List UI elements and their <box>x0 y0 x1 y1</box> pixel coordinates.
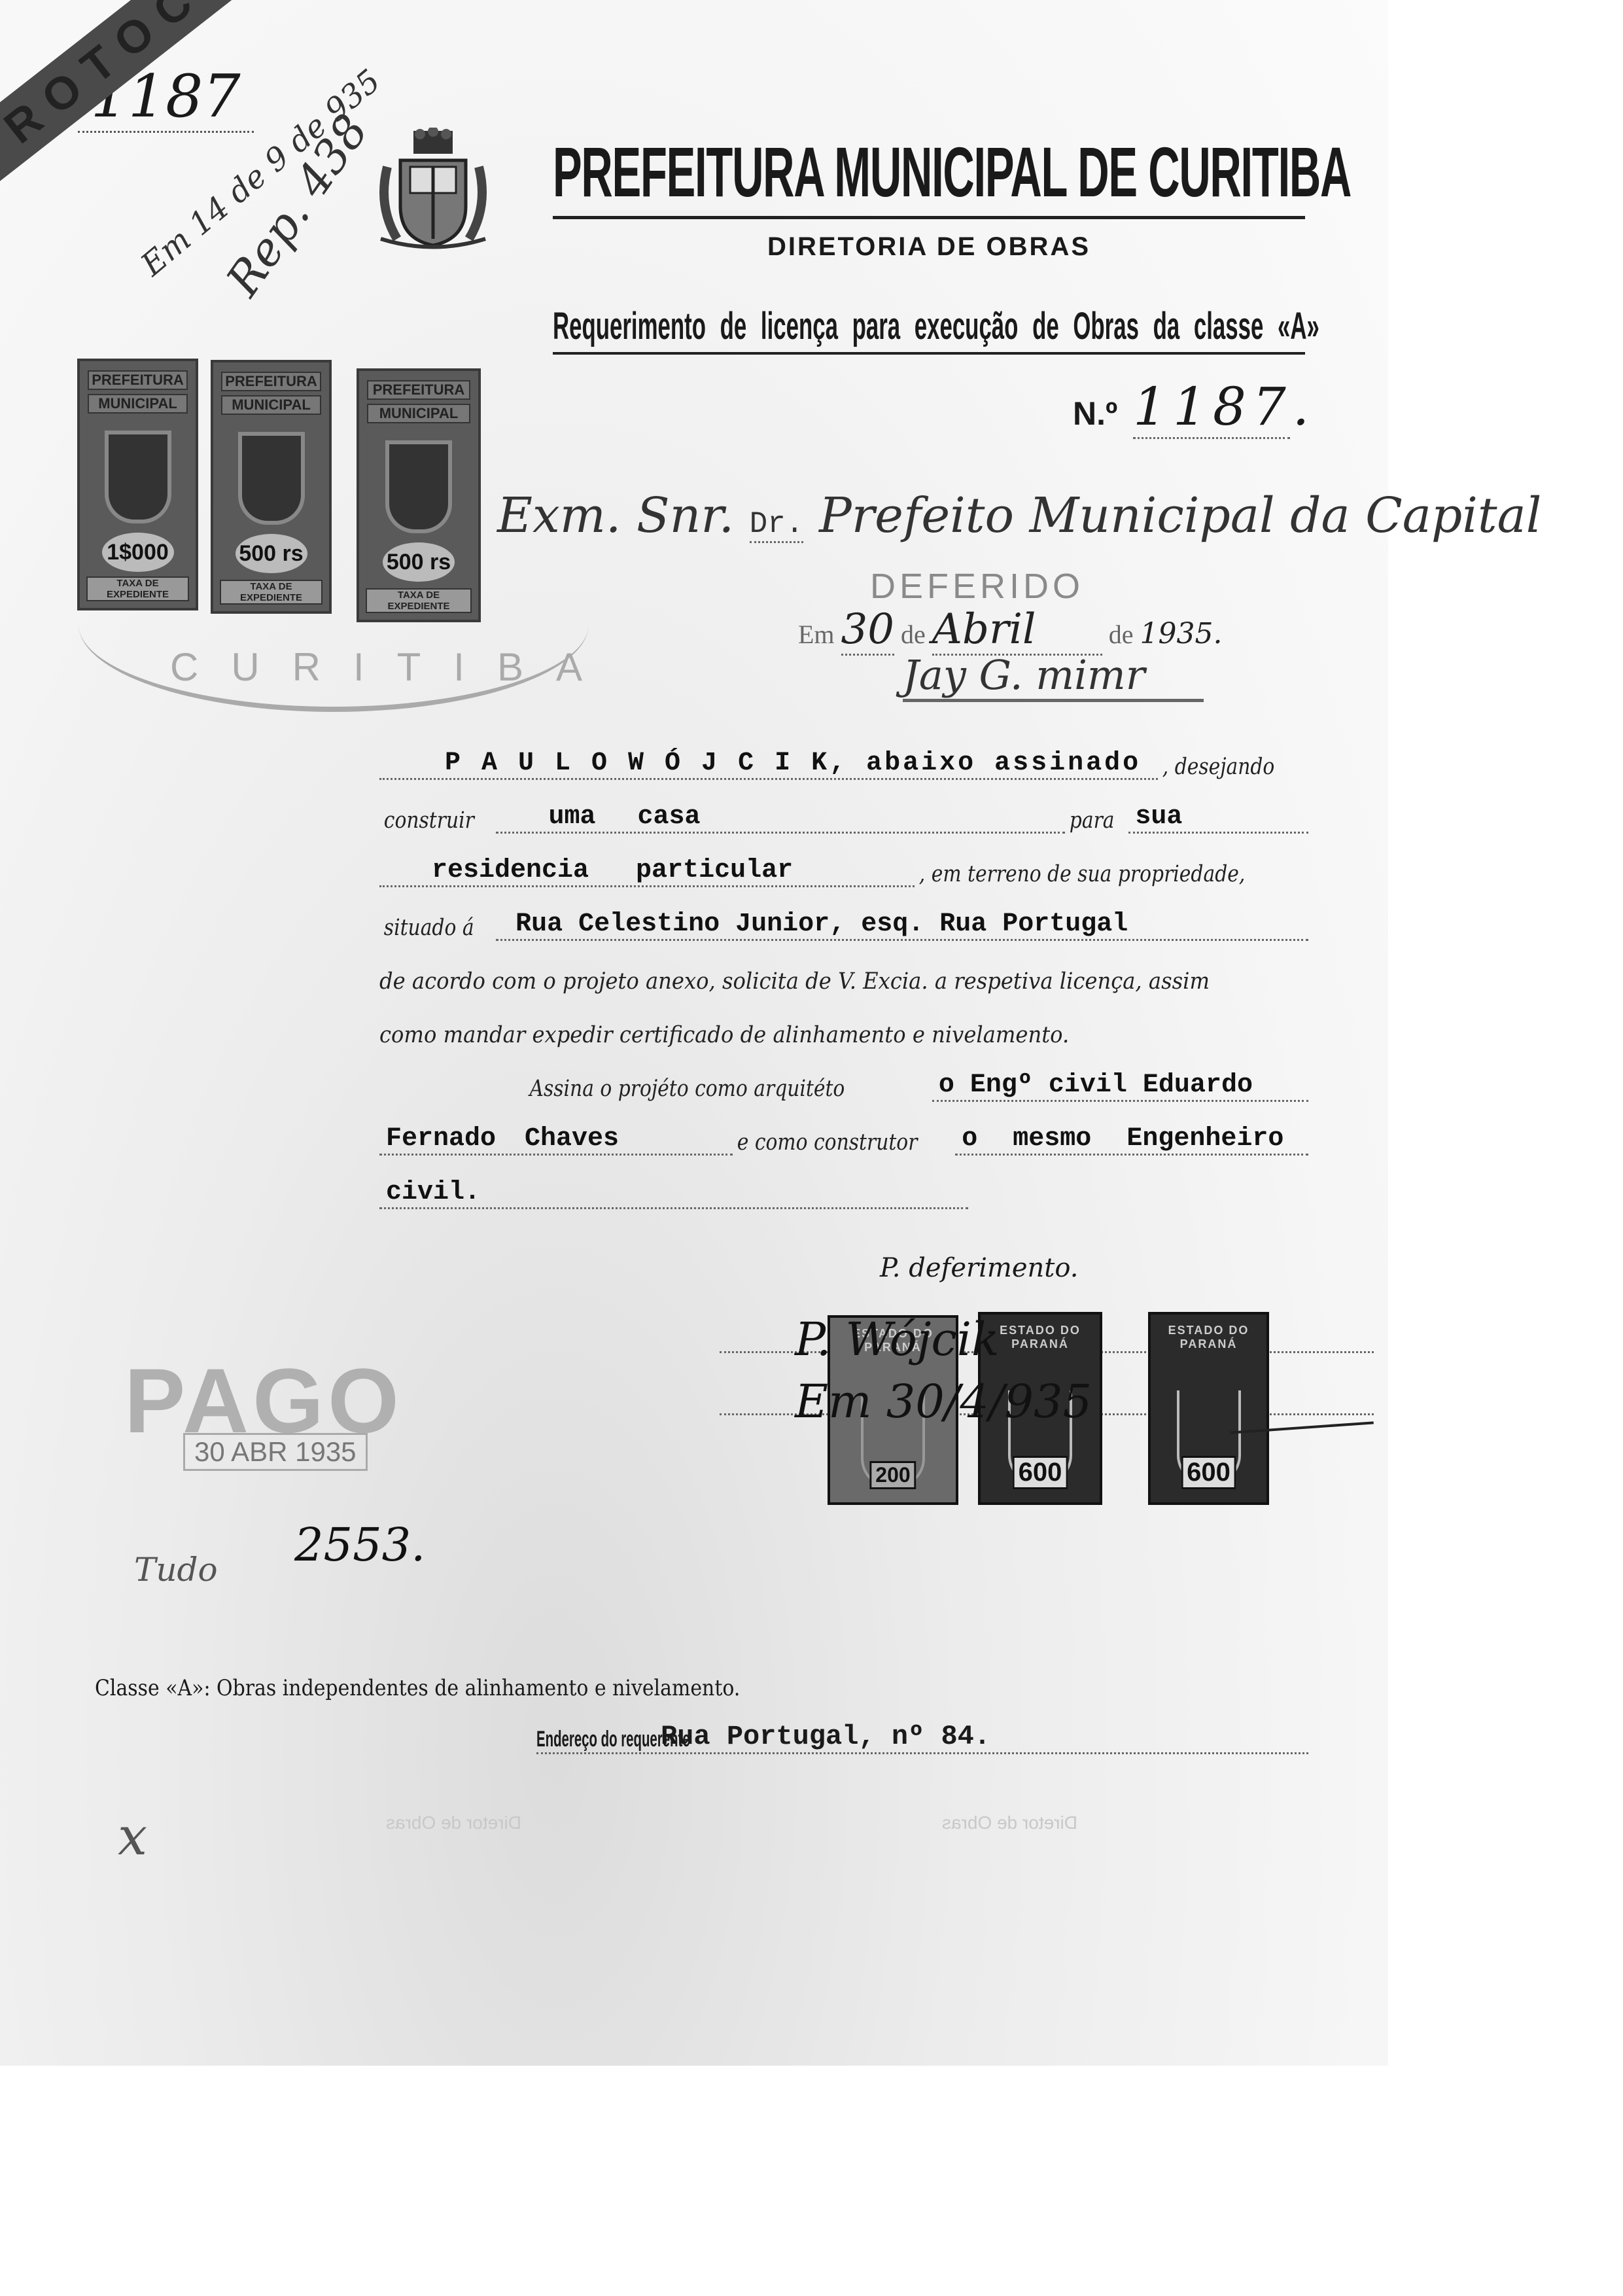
applicant-signature: P. Wójcik Em 30/4/935 <box>795 1309 1092 1433</box>
form-line-builder: Fernado Chaves e como construtor o mesmo… <box>379 1102 1308 1156</box>
salutation-prefix: Exm. Snr. <box>497 487 734 544</box>
request-number-label: N.º <box>1073 395 1117 432</box>
tudo-label: Tudo <box>134 1551 218 1589</box>
form-line-applicant: P A U L O W Ó J C I K, abaixo assinado ,… <box>379 726 1308 780</box>
request-form: P A U L O W Ó J C I K, abaixo assinado ,… <box>379 726 1308 1209</box>
protocol-number: 2553. <box>294 1518 425 1572</box>
form-line-usage: residencia particular , em terreno de su… <box>379 834 1308 887</box>
request-number: N.º 1187. <box>1073 376 1290 439</box>
approval-month: Abril <box>932 605 1102 656</box>
deferido-stamp: DEFERIDO <box>870 566 1084 607</box>
form-text-certificate: como mandar expedir certificado de alinh… <box>379 995 1234 1048</box>
salutation: Exm. Snr. Dr. Prefeito Municipal da Capi… <box>497 487 1541 544</box>
approval-day: 30 <box>841 605 894 656</box>
shield-icon <box>238 432 305 525</box>
applicant-address: Endereço do requerente Rua Portugal, nº … <box>536 1721 1308 1754</box>
bleed-through-text: Diretor de Obras <box>942 1812 1077 1833</box>
form-subtitle: Requerimento de licença para execução de… <box>553 304 1319 348</box>
approval-date: Em 30 de Abril de 1935. <box>798 605 1222 656</box>
form-text-request: de acordo com o projeto anexo, solicita … <box>379 941 1234 995</box>
salutation-title: Dr. <box>750 507 804 543</box>
address-label: Endereço do requerente <box>536 1727 611 1752</box>
municipal-seal-text: CURITIBA <box>170 645 615 690</box>
page-title: PREFEITURA MUNICIPAL DE CURITIBA <box>553 134 1307 209</box>
department-name: DIRETORIA DE OBRAS <box>553 232 1305 262</box>
address-value: Rua Portugal, nº 84. <box>661 1721 990 1752</box>
construction-type-field: uma casa <box>496 802 1065 834</box>
form-line-architect: Assina o projéto como arquitéto o Engº c… <box>379 1048 1308 1102</box>
shield-icon <box>105 431 171 523</box>
approval-year: 1935. <box>1140 617 1223 650</box>
addressee: Prefeito Municipal da Capital <box>819 487 1541 544</box>
builder-field-cont: civil. <box>379 1178 968 1209</box>
class-note: Classe «A»: Obras independentes de alinh… <box>95 1675 740 1701</box>
applicant-name-field: P A U L O W Ó J C I K, abaixo assinado <box>379 749 1158 780</box>
architect-field: o Engº civil Eduardo <box>932 1070 1308 1102</box>
form-line-location: situado á Rua Celestino Junior, esq. Rua… <box>379 887 1308 941</box>
revenue-stamp: ESTADO DO PARANÁ 600 <box>1148 1312 1269 1505</box>
approver-signature: Jay G. mimr <box>903 651 1204 702</box>
paid-stamp-date: 30 ABR 1935 <box>183 1433 368 1471</box>
usage-field: residencia particular <box>379 856 915 887</box>
construction-purpose-field: sua <box>1128 802 1308 834</box>
coat-of-arms-icon <box>374 128 492 258</box>
architect-field-cont: Fernado Chaves <box>379 1124 733 1156</box>
margin-mark: x <box>118 1806 147 1867</box>
bleed-through-text: Diretor de Obras <box>386 1812 521 1833</box>
shield-icon <box>385 440 452 533</box>
subtitle-rule <box>553 352 1305 355</box>
closing-phrase: P. deferimento. <box>880 1253 1078 1283</box>
document-page: N. 1187 PROTOCOLADO Em 14 de 9 de 935 Re… <box>0 0 1388 2066</box>
builder-field: o mesmo Engenheiro <box>955 1124 1308 1156</box>
location-field: Rua Celestino Junior, esq. Rua Portugal <box>496 910 1308 941</box>
request-number-value: 1187. <box>1133 376 1290 439</box>
title-rule <box>553 216 1305 219</box>
form-line-construct: construir uma casa para sua <box>379 780 1308 834</box>
form-line-builder-cont: civil. <box>379 1156 1308 1209</box>
